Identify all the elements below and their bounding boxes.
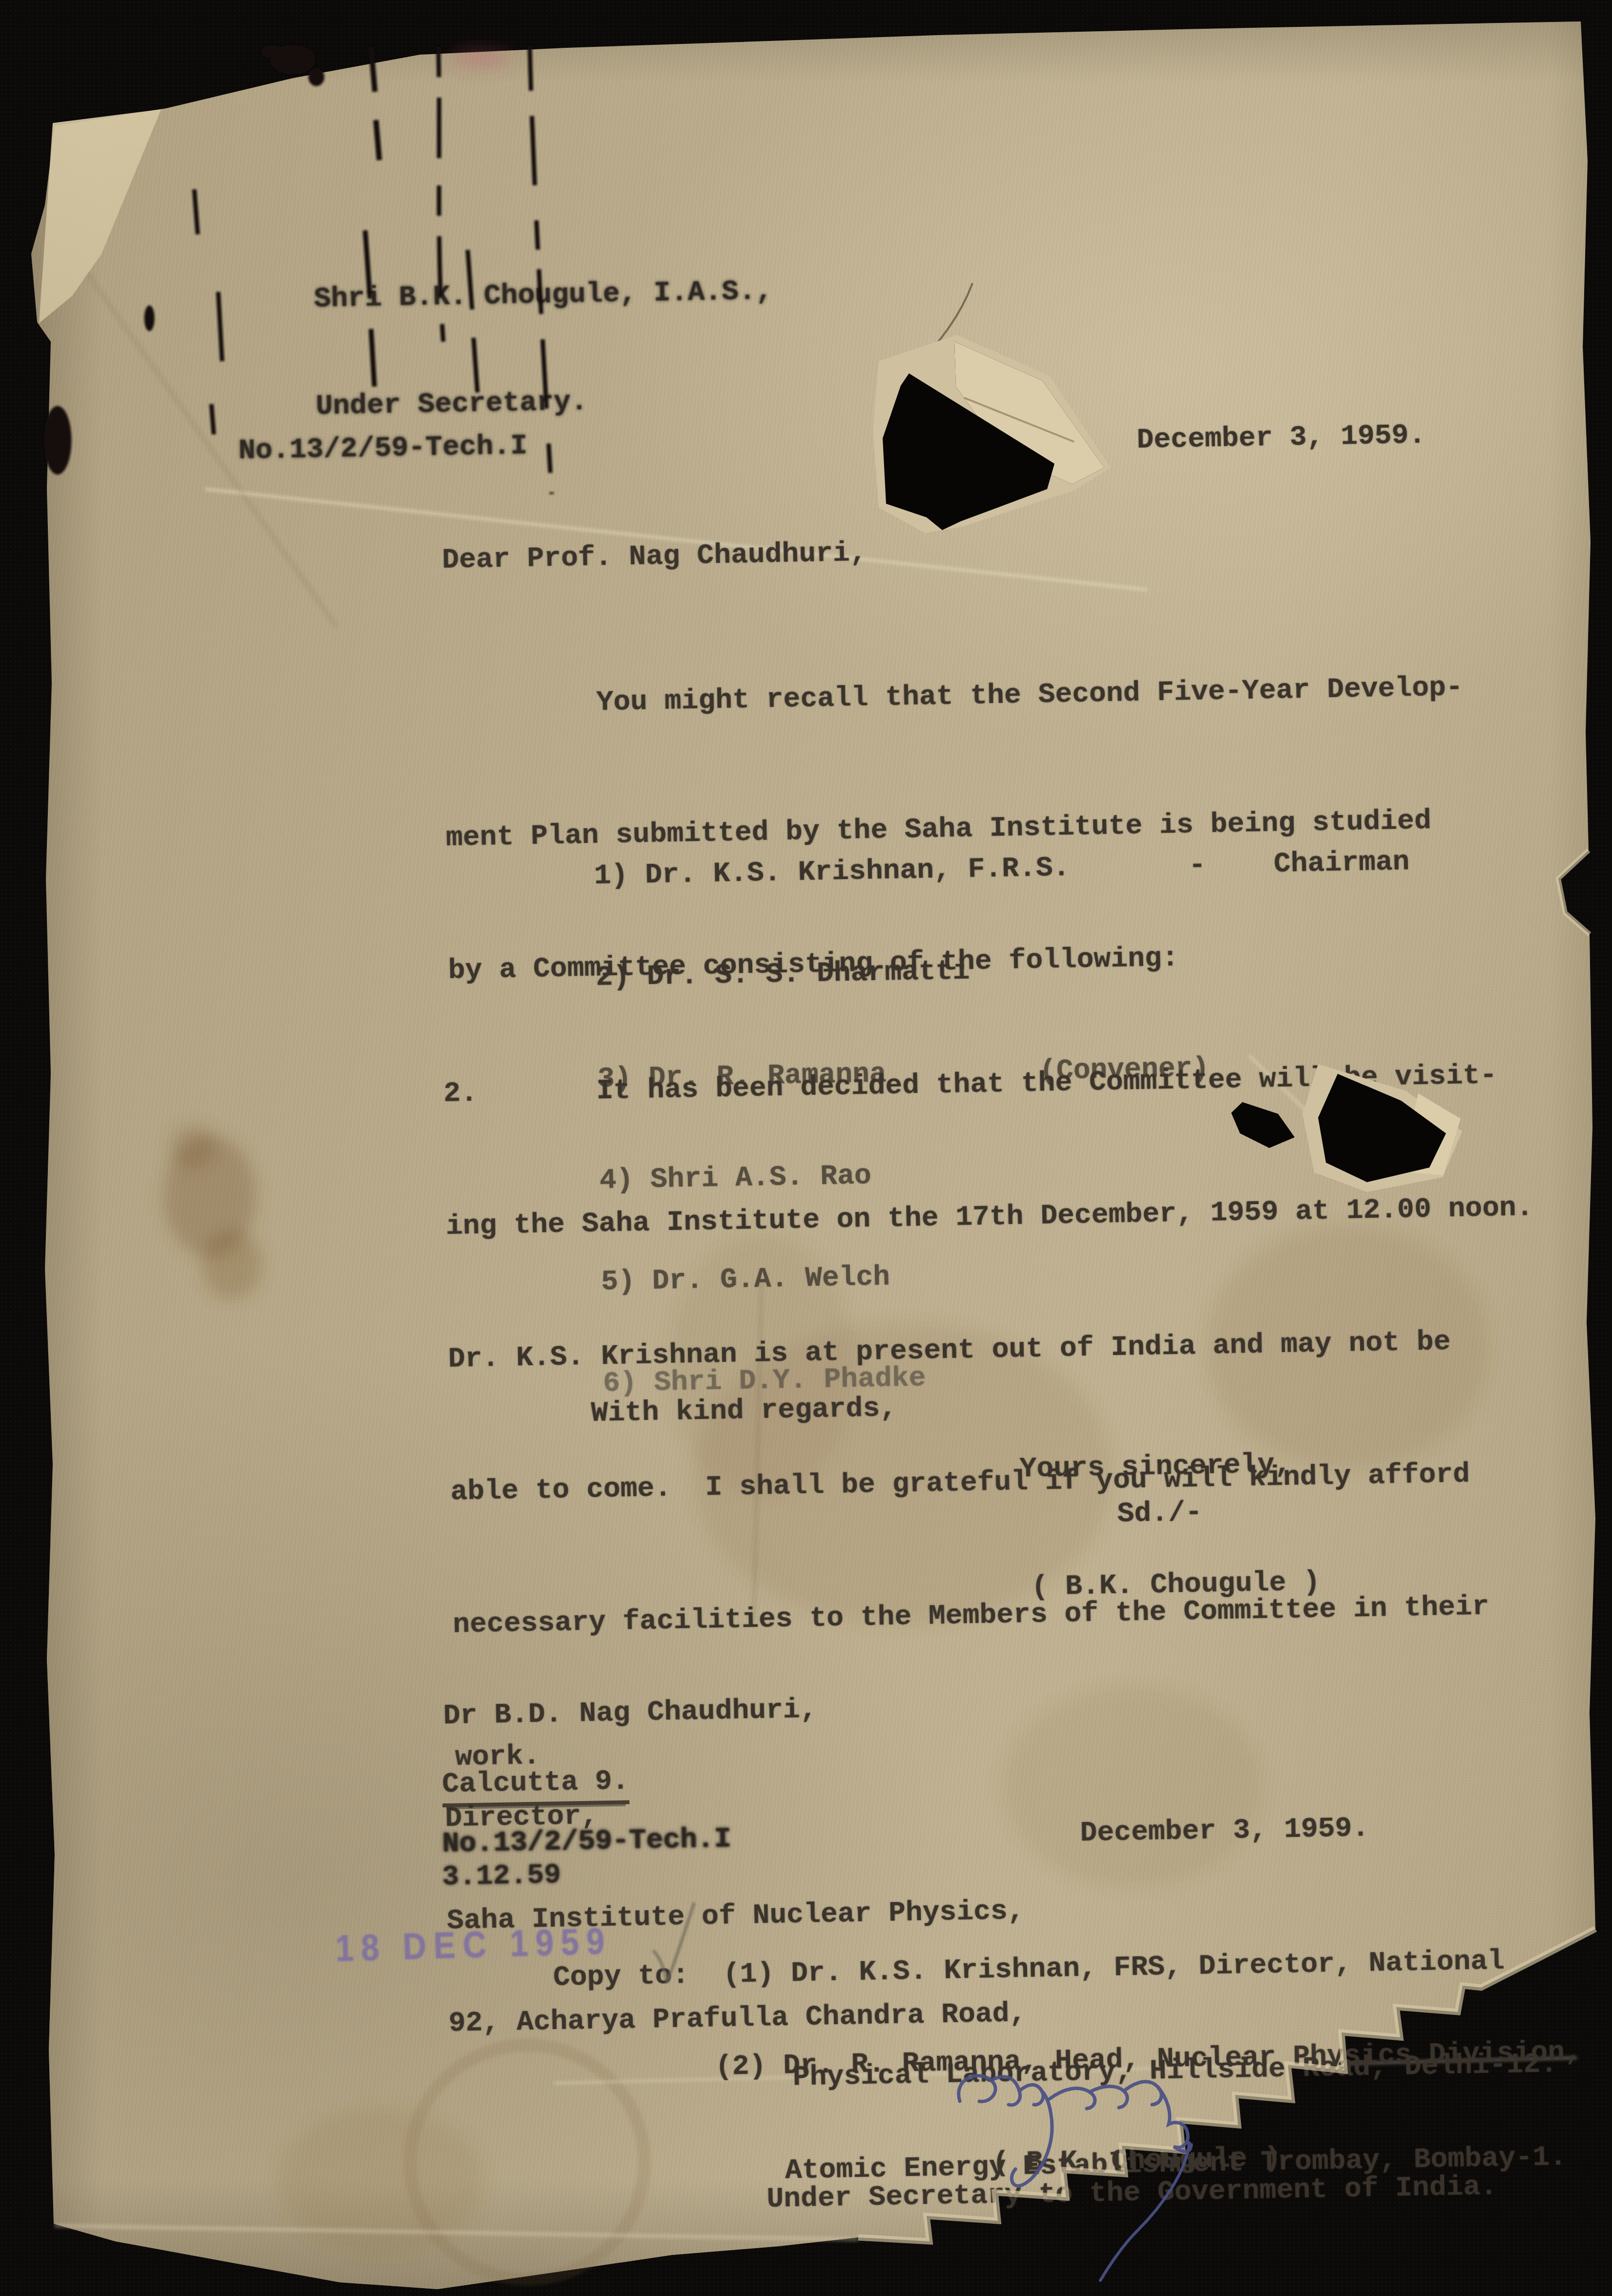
pencil-checkmark xyxy=(653,1903,694,1983)
torn-edge-fibers xyxy=(858,850,1595,2241)
torn-hole-top xyxy=(873,283,1111,533)
archival-photo-of-letter: { "colors": { "background": "#0b0a08", "… xyxy=(0,0,1612,2296)
torn-hole-right xyxy=(1231,1064,1462,1192)
overlay-marks xyxy=(0,0,1612,2296)
handwritten-signature xyxy=(959,2076,1191,2280)
ink-splatter xyxy=(44,45,552,494)
